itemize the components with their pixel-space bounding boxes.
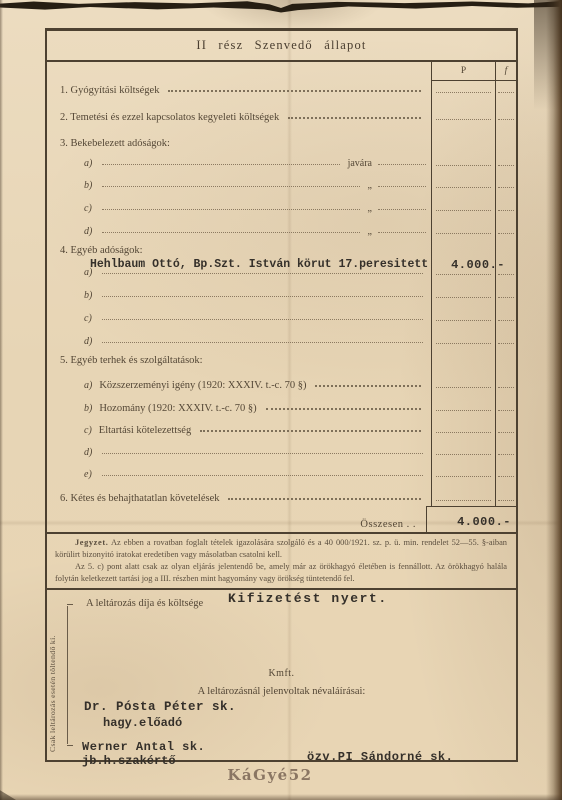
form-outer-frame: II rész Szenvedő állapot P f 1. Gyógyítá… bbox=[45, 28, 518, 762]
kmft-closing: Kmft. bbox=[47, 668, 516, 679]
money-column-header-row: P f bbox=[47, 62, 516, 81]
inventory-fee-label: A leltározás díja és költsége bbox=[86, 598, 203, 609]
amount-cell-f bbox=[495, 303, 516, 326]
row-label-cell: c) „ bbox=[47, 193, 431, 216]
amount-cell-p bbox=[431, 193, 495, 216]
row-label-cell: 6. Kétes és behajthatatlan követelések bbox=[47, 482, 431, 506]
amount-cell-f bbox=[495, 216, 516, 239]
page-edge-shadow-right bbox=[546, 0, 562, 800]
amount-cell-f bbox=[495, 171, 516, 193]
row-label-cell: b) bbox=[47, 280, 431, 303]
dotted-leader bbox=[200, 430, 421, 432]
typed-signature-2-name: Werner Antal sk. bbox=[82, 740, 205, 754]
fill-in-line bbox=[378, 232, 426, 233]
row-label-cell: b) „ bbox=[47, 171, 431, 193]
fill-in-line bbox=[102, 232, 359, 233]
fill-in-line bbox=[102, 296, 423, 297]
amount-cell-p bbox=[431, 81, 495, 98]
row-label-cell: 5. Egyéb terhek és szolgáltatások: bbox=[47, 349, 431, 368]
amount-cell-p bbox=[431, 280, 495, 303]
table-row-item6: 6. Kétes és behajthatatlan követelések bbox=[47, 482, 516, 506]
row-label-cell: 1. Gyógyítási költségek bbox=[47, 81, 431, 98]
page-edge-shadow-left bbox=[0, 0, 3, 800]
item-label: Eltartási kötelezettség bbox=[99, 425, 191, 436]
amount-cell-p bbox=[431, 303, 495, 326]
amount-cell-p bbox=[431, 151, 495, 171]
amount-cell-p bbox=[431, 393, 495, 416]
item-label: 1. Gyógyítási költségek bbox=[60, 85, 159, 96]
amount-cell-p bbox=[431, 368, 495, 393]
row-label-cell: c) bbox=[47, 303, 431, 326]
fill-in-line bbox=[378, 209, 426, 210]
row-label-cell: a) javára bbox=[47, 151, 431, 171]
row-label-cell: d) bbox=[47, 438, 431, 460]
table-row-item5c: c) Eltartási kötelezettség bbox=[47, 416, 516, 438]
typed-paid-note: Kifizetést nyert. bbox=[228, 591, 388, 606]
note-label: Jegyzet. bbox=[75, 538, 108, 547]
amount-cell-f bbox=[495, 438, 516, 460]
amount-cell-f bbox=[495, 98, 516, 125]
table-row-item4-header: 4. Egyéb adóságok: bbox=[47, 239, 516, 258]
dotted-leader bbox=[315, 385, 421, 387]
dotted-leader bbox=[288, 117, 421, 119]
fill-in-line bbox=[102, 319, 423, 320]
note-paragraph-1: Jegyzet. Az ebben a rovatban foglalt tét… bbox=[55, 537, 507, 561]
page-edge-shadow-right-top bbox=[534, 0, 562, 110]
row-label-cell: 4. Egyéb adóságok: bbox=[47, 239, 431, 258]
printer-mark: KáGyé52 bbox=[0, 766, 540, 784]
amount-cell-f bbox=[495, 326, 516, 349]
row-label-cell: b) Hozomány (1920: XXXIV. t.-c. 70 §) bbox=[47, 393, 431, 416]
sub-item-letter: c) bbox=[84, 313, 92, 324]
fill-in-line bbox=[102, 342, 423, 343]
amount-cell-f bbox=[495, 393, 516, 416]
fill-in-line bbox=[102, 186, 359, 187]
table-row-item3c: c) „ bbox=[47, 193, 516, 216]
amount-cell-p bbox=[431, 438, 495, 460]
amount-cell-p bbox=[431, 125, 495, 151]
sub-item-letter: b) bbox=[84, 290, 92, 301]
table-row-item5d: d) bbox=[47, 438, 516, 460]
note-paragraph-2: Az 5. c) pont alatt csak az olyan eljárá… bbox=[55, 561, 507, 585]
row-label-cell: e) bbox=[47, 460, 431, 482]
sub-item-letter: d) bbox=[84, 226, 92, 237]
fill-in-line bbox=[378, 186, 426, 187]
item-label: 4. Egyéb adóságok: bbox=[60, 245, 143, 256]
fill-in-line bbox=[102, 475, 423, 476]
amount-cell-p bbox=[431, 416, 495, 438]
ditto-mark: „ bbox=[368, 203, 372, 214]
sub-item-letter: c) bbox=[84, 425, 92, 436]
amount-cell-p bbox=[431, 349, 495, 368]
notes-block: Jegyzet. Az ebben a rovatban foglalt tét… bbox=[47, 534, 516, 590]
item-label: Közszerzeményi igény (1920: XXXIV. t.-c.… bbox=[99, 380, 306, 391]
item-label: 3. Bekebelezett adóságok: bbox=[60, 138, 170, 149]
column-header-filler: f bbox=[495, 62, 516, 81]
typed-total-amount: 4.000.- bbox=[457, 515, 511, 529]
row-label-cell: d) „ bbox=[47, 216, 431, 239]
row-label-cell: c) Eltartási kötelezettség bbox=[47, 416, 431, 438]
signatures-heading: A leltározásnál jelenvoltak névaláírásai… bbox=[47, 686, 516, 697]
amount-cell-p bbox=[431, 171, 495, 193]
item-label: 2. Temetési és ezzel kapcsolatos kegyele… bbox=[60, 112, 279, 123]
table-row-item5b: b) Hozomány (1920: XXXIV. t.-c. 70 §) bbox=[47, 393, 516, 416]
amount-cell-f bbox=[495, 239, 516, 258]
fill-in-line bbox=[102, 209, 360, 210]
fill-in-line bbox=[102, 164, 339, 165]
amount-cell-p bbox=[431, 482, 495, 506]
ditto-mark: „ bbox=[368, 180, 372, 191]
form-table: P f 1. Gyógyítási költségek 2. Temetési … bbox=[47, 62, 516, 534]
note-text-1: Az ebben a rovatban foglalt tételek igaz… bbox=[55, 538, 507, 559]
page-edge-shadow-bottom bbox=[0, 794, 562, 800]
column-header-pengo: P bbox=[431, 62, 495, 81]
total-amount-cell: 4.000.- bbox=[426, 506, 516, 532]
item-label: 5. Egyéb terhek és szolgáltatások: bbox=[60, 355, 203, 366]
table-row-item3a: a) javára bbox=[47, 151, 516, 171]
row-label-cell: 2. Temetési és ezzel kapcsolatos kegyele… bbox=[47, 98, 431, 125]
amount-cell-p bbox=[431, 98, 495, 125]
typed-signature-3-name: özv.PI Sándorné sk. bbox=[307, 750, 453, 764]
dotted-leader bbox=[266, 408, 421, 410]
total-label: Összesen . . bbox=[360, 519, 416, 530]
javara-suffix: javára bbox=[348, 158, 372, 169]
typed-signature-1-role: hagy.előadó bbox=[103, 716, 182, 730]
sub-item-letter: a) bbox=[84, 380, 92, 391]
dotted-leader bbox=[228, 498, 421, 500]
amount-cell-f bbox=[495, 81, 516, 98]
header-spacer bbox=[47, 62, 431, 81]
amount-cell-f bbox=[495, 460, 516, 482]
dotted-leader bbox=[168, 90, 421, 92]
row-label-cell: 3. Bekebelezett adóságok: bbox=[47, 125, 431, 151]
amount-cell-f bbox=[495, 482, 516, 506]
ditto-mark: „ bbox=[368, 226, 372, 237]
table-row-item2: 2. Temetési és ezzel kapcsolatos kegyele… bbox=[47, 98, 516, 125]
table-row-item4c: c) bbox=[47, 303, 516, 326]
typed-debtor-entry: Hehlbaum Ottó, Bp.Szt. István körut 17.p… bbox=[90, 258, 428, 271]
table-row-item1: 1. Gyógyítási költségek bbox=[47, 81, 516, 98]
fill-in-line bbox=[102, 453, 423, 454]
table-row-item3-header: 3. Bekebelezett adóságok: bbox=[47, 125, 516, 151]
sub-item-letter: a) bbox=[84, 158, 92, 169]
amount-cell-f bbox=[495, 280, 516, 303]
table-row-item5a: a) Közszerzeményi igény (1920: XXXIV. t.… bbox=[47, 368, 516, 393]
signature-section: Csak leltározás esetén töltendő ki. A le… bbox=[47, 590, 516, 764]
item-label: 6. Kétes és behajthatatlan követelések bbox=[60, 493, 219, 504]
amount-cell-f bbox=[495, 151, 516, 171]
item-label: Hozomány (1920: XXXIV. t.-c. 70 §) bbox=[99, 403, 256, 414]
amount-cell-p bbox=[431, 326, 495, 349]
amount-cell-f bbox=[495, 349, 516, 368]
row-label-cell: a) Közszerzeményi igény (1920: XXXIV. t.… bbox=[47, 368, 431, 393]
typed-signature-1-name: Dr. Pósta Péter sk. bbox=[84, 700, 236, 714]
table-row-item3b: b) „ bbox=[47, 171, 516, 193]
scanned-document-page: II rész Szenvedő állapot P f 1. Gyógyítá… bbox=[0, 0, 562, 800]
table-row-item4d: d) bbox=[47, 326, 516, 349]
table-row-item3d: d) „ bbox=[47, 216, 516, 239]
fill-in-line bbox=[378, 164, 426, 165]
table-row-item4b: b) bbox=[47, 280, 516, 303]
row-label-cell: d) bbox=[47, 326, 431, 349]
table-row-item5-header: 5. Egyéb terhek és szolgáltatások: bbox=[47, 349, 516, 368]
amount-cell-f bbox=[495, 416, 516, 438]
sub-item-letter: b) bbox=[84, 403, 92, 414]
amount-cell-p bbox=[431, 460, 495, 482]
sub-item-letter: c) bbox=[84, 203, 92, 214]
sub-item-letter: d) bbox=[84, 447, 92, 458]
table-row-total: Összesen . . 4.000.- bbox=[47, 506, 516, 532]
torn-paper-edge-top bbox=[0, 0, 562, 13]
sub-item-letter: d) bbox=[84, 336, 92, 347]
sub-item-letter: b) bbox=[84, 180, 92, 191]
table-row-item5e: e) bbox=[47, 460, 516, 482]
typed-debtor-amount: 4.000.- bbox=[451, 258, 505, 272]
total-label-cell: Összesen . . bbox=[47, 506, 426, 532]
amount-cell-f bbox=[495, 368, 516, 393]
amount-cell-f bbox=[495, 193, 516, 216]
fill-in-line bbox=[102, 273, 423, 274]
sub-item-letter: e) bbox=[84, 469, 92, 480]
amount-cell-p bbox=[431, 216, 495, 239]
amount-cell-p bbox=[431, 239, 495, 258]
section-title: II rész Szenvedő állapot bbox=[47, 31, 516, 62]
amount-cell-f bbox=[495, 125, 516, 151]
